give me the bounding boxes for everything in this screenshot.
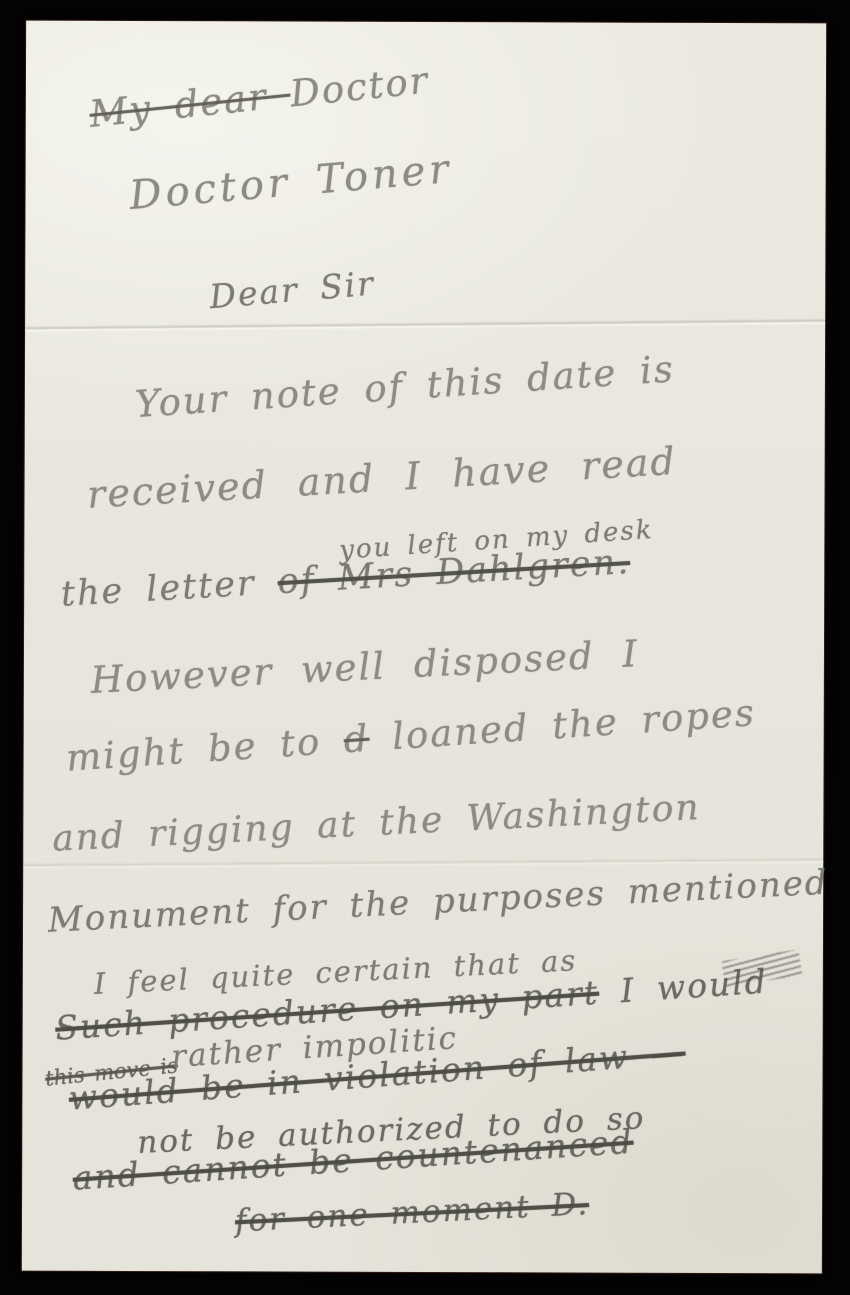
handwritten-line-body-1: Your note of this date is bbox=[134, 347, 676, 426]
handwriting-text: Your note of this date is bbox=[134, 347, 676, 426]
handwritten-line-greeting: Doctor Toner bbox=[128, 146, 454, 219]
handwritten-line-body-2: received and I have read bbox=[86, 439, 678, 517]
struck-text: d bbox=[342, 717, 370, 762]
handwritten-line-body-5: might be to d loaned the ropes bbox=[65, 691, 757, 780]
struck-text: for one moment D. bbox=[234, 1186, 590, 1239]
struck-text: My dear bbox=[87, 73, 292, 136]
handwriting-text: received and I have read bbox=[86, 439, 678, 517]
fold-crease-upper bbox=[25, 318, 825, 333]
handwritten-line-greeting-draft: My dear Doctor bbox=[87, 59, 431, 136]
handwritten-line-salutation: Dear Sir bbox=[208, 264, 377, 317]
handwriting-text: Doctor Toner bbox=[128, 146, 454, 219]
handwritten-line-body-4: However well disposed I bbox=[90, 632, 640, 702]
handwriting-text: might be to bbox=[65, 718, 346, 779]
handwritten-line-body-6: and rigging at the Washington bbox=[51, 787, 701, 860]
handwriting-text: Doctor bbox=[288, 59, 431, 116]
handwritten-line-body-14: for one moment D. bbox=[234, 1186, 590, 1239]
handwriting-text: the letter bbox=[60, 562, 279, 614]
letter-sheet: My dear Doctor Doctor Toner Dear Sir You… bbox=[22, 21, 826, 1274]
handwriting-text: However well disposed I bbox=[90, 632, 640, 702]
handwriting-text: Monument for the purposes mentioned bbox=[47, 863, 829, 941]
handwriting-text: Dear Sir bbox=[208, 264, 377, 317]
handwritten-line-body-7: Monument for the purposes mentioned bbox=[47, 863, 829, 941]
handwriting-text: and rigging at the Washington bbox=[51, 787, 701, 860]
handwriting-text: loaned the ropes bbox=[368, 691, 757, 760]
